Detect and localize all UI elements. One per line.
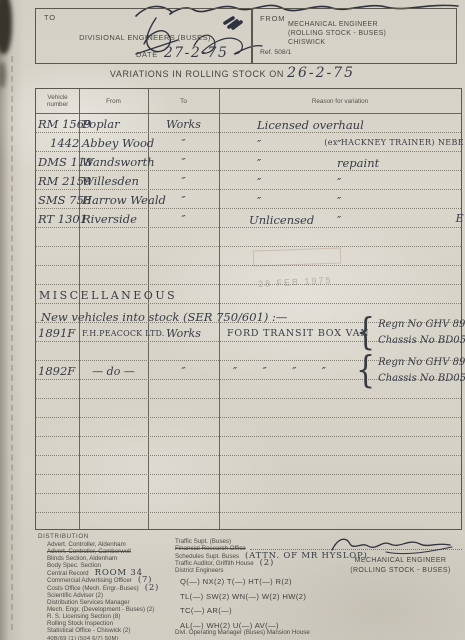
reason-text: ″ (337, 213, 341, 228)
header-from: From (79, 89, 148, 113)
from-location: Wandsworth (79, 152, 148, 170)
reason-text: ″ (337, 194, 341, 209)
distribution-section: DISTRIBUTION Advert. Controller, Aldenha… (0, 530, 465, 640)
reason-cell: ″″ (219, 171, 461, 189)
from-address: MECHANICAL ENGINEER (ROLLING STOCK - BUS… (288, 20, 386, 47)
table-empty-row (36, 228, 461, 247)
header-to: To (148, 89, 219, 113)
from-line: CHISWICK (288, 38, 386, 47)
scan-edge-blob (0, 0, 12, 54)
reason-text: repaint (337, 156, 379, 171)
vehicle-number: 1892F (36, 361, 79, 379)
reason-cell: ″″ (219, 190, 461, 208)
misc-heading-row: MISCELLANEOUS (36, 285, 461, 304)
table-empty-row (36, 494, 461, 513)
to-location: ″ (148, 133, 219, 151)
reason-text: Unlicensed (249, 213, 314, 228)
misc-intro: New vehicles into stock (SER 750/601) :— (41, 310, 287, 324)
vehicle-number: RM 1569 (36, 114, 79, 132)
operating-manager-line: Divl. Operating Manager (Buses) Mansion … (175, 629, 310, 636)
signatory-title: (ROLLING STOCK - BUSES) (338, 566, 463, 576)
table-empty-row (36, 475, 461, 494)
reason-text: ″ (337, 175, 341, 190)
to-location: ″ (148, 209, 219, 227)
to-location: Works (148, 114, 219, 132)
reason-note: E (456, 211, 464, 226)
regn-chassis-lines: Regn No GHV 892N Chassis No BD05PA 67924 (378, 355, 465, 387)
code-line: TL(—) SW(2) WN(—) W(2) HW(2) (180, 590, 306, 605)
form-number: 40B/69 (1) (504 6/7) 50M) (38, 636, 159, 640)
table-empty-row (36, 456, 461, 475)
brace-glyph: { (356, 349, 375, 393)
ref-number: Ref. 508/1 (260, 49, 291, 56)
table-empty-row (36, 247, 461, 266)
vehicle-number: 1891F (36, 323, 79, 341)
reason-cell: ″″(ex HACKNEY TRAINER) NEBE (219, 133, 461, 151)
chassis-number: Chassis No BD05PA 67924 (378, 371, 465, 387)
address-box: TO DIVISIONAL ENGINEERS (BUSES) DATE27-2… (35, 8, 457, 64)
regn-number: Regn No GHV 891N (378, 317, 465, 333)
date-handwritten: 27-2-75 (164, 45, 229, 61)
from-location: Riverside (79, 209, 148, 227)
to-location: Works (148, 323, 219, 341)
to-location: ″ (148, 361, 219, 379)
signatory-title: MECHANICAL ENGINEER (338, 556, 463, 566)
vehicle-number: RT 1301 (36, 209, 79, 227)
handwritten-note: (2) (145, 583, 159, 593)
to-label: TO (44, 13, 56, 22)
distribution-item: Statistical Office - Chiswick (2) (38, 628, 159, 635)
reason-cell: Licensed overhaul (219, 114, 461, 132)
table-row: SMS 758 Harrow Weald ″ ″″ (36, 190, 461, 209)
signature-scrawl (326, 534, 456, 556)
scanned-form-page: TO DIVISIONAL ENGINEERS (BUSES) DATE27-2… (0, 0, 465, 640)
from-location: Harrow Weald (79, 190, 148, 208)
to-value: DIVISIONAL ENGINEERS (BUSES) (50, 33, 240, 42)
table-row: DMS 118 Wandsworth ″ ″repaint (36, 152, 461, 171)
table-empty-row (36, 399, 461, 418)
table-row: RT 1301 Riverside ″ Unlicensed″E (36, 209, 461, 228)
to-location: ″ (148, 171, 219, 189)
table-row: 1442 Abbey Wood ″ ″″(ex HACKNEY TRAINER)… (36, 133, 461, 152)
reason-cell: Unlicensed″E (219, 209, 461, 227)
to-location: ″ (148, 190, 219, 208)
from-line: (ROLLING STOCK - BUSES) (288, 29, 386, 38)
address-box-divider (251, 9, 253, 63)
handwritten-note: (2) (260, 558, 274, 568)
regn-chassis-block: { Regn No GHV 892N Chassis No BD05PA 679… (356, 353, 465, 388)
reason-text: Licensed overhaul (257, 118, 364, 133)
code-line: Q(—) NX(2) T(—) HT(—) R(2) (180, 575, 306, 590)
vehicle-number: RM 2159 (36, 171, 79, 189)
signature-block: MECHANICAL ENGINEER (ROLLING STOCK - BUS… (338, 556, 463, 575)
table-row: RM 2159 Willesden ″ ″″ (36, 171, 461, 190)
date-line: DATE27-2-75 (136, 45, 228, 61)
reason-note: (ex HACKNEY TRAINER) NEBE (324, 135, 464, 150)
from-line: MECHANICAL ENGINEER (288, 20, 386, 29)
header-vehicle: Vehicle number (36, 89, 79, 113)
to-location: ″ (148, 152, 219, 170)
distribution-left-column: DISTRIBUTION Advert. Controller, Aldenha… (38, 534, 159, 640)
reason-text: ″ (257, 156, 261, 171)
regn-chassis-lines: Regn No GHV 891N Chassis No BD05PA 67925 (378, 317, 465, 349)
regn-chassis-block: { Regn No GHV 891N Chassis No BD05PA 679… (356, 315, 465, 350)
from-location: Poplar (79, 114, 148, 132)
header-reason: Reason for variation (219, 89, 461, 113)
from-location: — do — (79, 361, 148, 379)
from-location: Willesden (79, 171, 148, 189)
regn-number: Regn No GHV 892N (378, 355, 465, 371)
table-empty-row (36, 418, 461, 437)
from-location: Abbey Wood (79, 133, 148, 151)
reason-text: ″ (257, 175, 261, 190)
vehicle-number: DMS 118 (36, 152, 79, 170)
from-label: FROM (260, 14, 285, 23)
vehicle-number: 1442 (36, 133, 79, 151)
chassis-number: Chassis No BD05PA 67925 (378, 333, 465, 349)
from-location: F.H.PEACOCK LTD. (79, 323, 148, 341)
date-label: DATE (136, 50, 158, 59)
form-title-date: 26-2-75 (287, 65, 355, 81)
table-header-row: Vehicle number From To Reason for variat… (36, 89, 461, 114)
reason-text: ″ (257, 137, 261, 152)
vehicle-number: SMS 758 (36, 190, 79, 208)
reason-text: ″ (257, 194, 261, 209)
district-codes: Q(—) NX(2) T(—) HT(—) R(2) TL(—) SW(2) W… (180, 575, 306, 633)
form-title: VARIATIONS IN ROLLING STOCK ON 26-2-75 (0, 65, 465, 81)
reason-cell: ″repaint (219, 152, 461, 170)
code-line: TC(—) AR(—) (180, 604, 306, 619)
variations-table: Vehicle number From To Reason for variat… (35, 88, 462, 530)
distribution-title: DISTRIBUTION (38, 534, 159, 541)
table-empty-row (36, 266, 461, 285)
misc-heading: MISCELLANEOUS (39, 289, 177, 302)
date-stamp-box (253, 247, 342, 266)
table-row: RM 1569 Poplar Works Licensed overhaul (36, 114, 461, 133)
form-title-text: VARIATIONS IN ROLLING STOCK ON (110, 69, 284, 79)
table-empty-row (36, 437, 461, 456)
